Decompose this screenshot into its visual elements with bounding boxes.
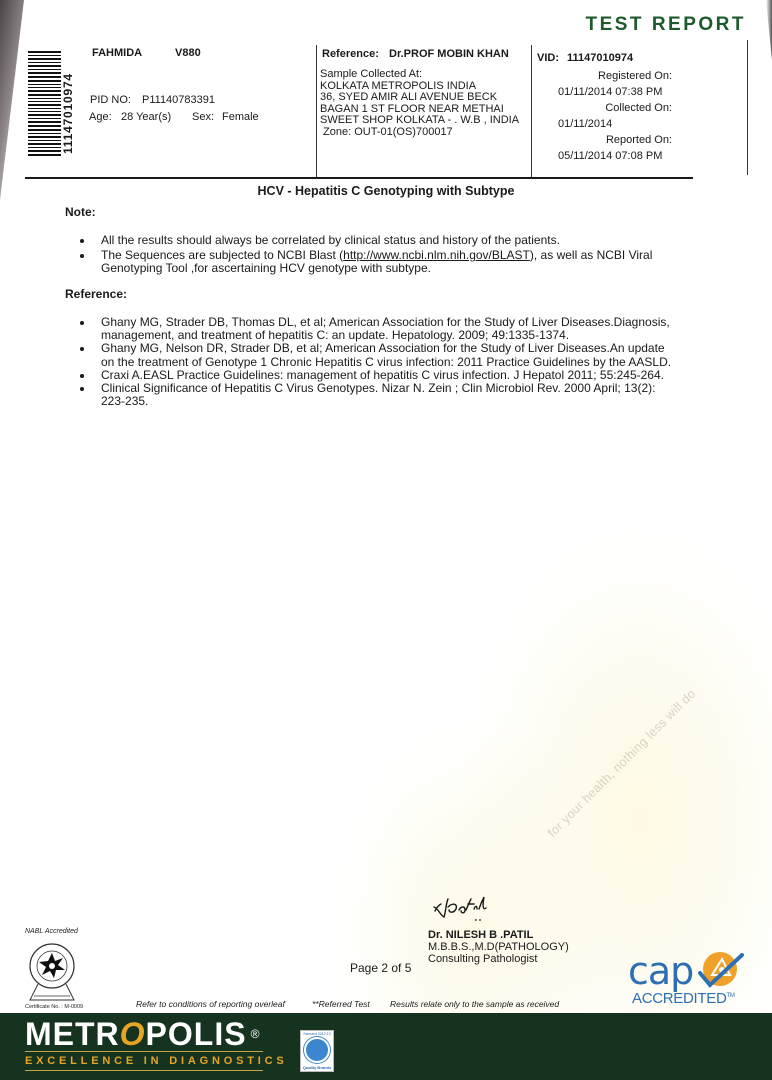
quality-brands-badge: Selected 2012-13 Quality Brands	[300, 1030, 334, 1072]
barcode-bar	[28, 129, 61, 131]
cap-accredited-text: ACCREDITEDTM	[632, 990, 735, 1007]
reference-section-label: Reference:	[65, 287, 127, 301]
barcode-bar	[28, 65, 61, 67]
signatory-qualification: M.B.B.S.,M.D(PATHOLOGY)	[428, 941, 569, 953]
footer-note-conditions: Refer to conditions of reporting overlea…	[136, 999, 285, 1009]
notes-list: All the results should always be correla…	[80, 234, 680, 276]
barcode-bar	[28, 121, 61, 123]
registered-label: Registered On:	[540, 68, 672, 84]
pid-value: P11140783391	[142, 94, 215, 107]
collected-value: 01/11/2014	[540, 116, 672, 132]
address-line: Zone: OUT-01(OS)700017	[320, 127, 519, 139]
barcode-bar	[28, 140, 61, 141]
sample-collection-block: Sample Collected At: KOLKATA METROPOLIS …	[320, 69, 519, 139]
barcode-bar	[28, 118, 61, 119]
signatory-name: Dr. NILESH B .PATIL	[428, 929, 569, 941]
reported-value: 05/11/2014 07:08 PM	[540, 148, 672, 164]
sex-value: Female	[222, 111, 259, 124]
sample-collected-label: Sample Collected At:	[320, 69, 519, 81]
barcode-bar	[28, 62, 61, 63]
signatory-role: Consulting Pathologist	[428, 953, 569, 965]
nabl-label: NABL Accredited	[25, 928, 78, 935]
barcode-number: 11147010974	[61, 73, 75, 154]
metropolis-logo: METROPOLIS®	[25, 1016, 260, 1052]
sex-label: Sex:	[192, 111, 214, 124]
nabl-logo-icon	[24, 940, 80, 1004]
ncbi-blast-link[interactable]: http://www.ncbi.nlm.nih.gov/BLAST	[343, 248, 530, 262]
barcode-bar	[28, 84, 61, 85]
barcode-bar	[28, 87, 61, 88]
references-list: Ghany MG, Strader DB, Thomas DL, et al; …	[80, 316, 680, 408]
vid-label: VID:	[537, 52, 559, 65]
barcode-bar	[28, 58, 61, 60]
patient-name: FAHMIDA	[92, 47, 142, 60]
barcode-bar	[28, 108, 61, 109]
reported-label: Reported On:	[540, 132, 672, 148]
patient-code: V880	[175, 47, 201, 60]
header-bottom-rule	[25, 177, 693, 179]
signature-image	[432, 893, 502, 923]
barcode	[28, 51, 61, 156]
collected-label: Collected On:	[540, 100, 672, 116]
barcode-bar	[28, 69, 61, 70]
barcode-bar	[28, 143, 61, 145]
barcode-bar	[28, 55, 61, 56]
barcode-bar	[28, 101, 61, 102]
pid-label: PID NO:	[90, 94, 131, 107]
report-title: TEST REPORT	[585, 14, 746, 36]
test-heading: HCV - Hepatitis C Genotyping with Subtyp…	[25, 184, 747, 198]
registered-value: 01/11/2014 07:38 PM	[540, 84, 672, 100]
nabl-certificate: Certificate No. : M-0009	[25, 1004, 83, 1010]
reference-item: Ghany MG, Strader DB, Thomas DL, et al; …	[80, 316, 680, 342]
footer-note-results: Results relate only to the sample as rec…	[390, 999, 559, 1009]
signatory-block: Dr. NILESH B .PATIL M.B.B.S.,M.D(PATHOLO…	[428, 929, 569, 965]
barcode-bar	[28, 154, 61, 156]
barcode-bar	[28, 76, 61, 78]
barcode-bar	[28, 125, 61, 127]
vid-value: 11147010974	[567, 52, 633, 65]
header-divider-1	[316, 45, 317, 179]
brand-rule-bottom	[25, 1070, 263, 1071]
reference-label: Reference:	[322, 48, 379, 61]
barcode-bar	[28, 80, 61, 82]
brand-tagline: EXCELLENCE IN DIAGNOSTICS	[25, 1055, 287, 1067]
barcode-bar	[28, 133, 61, 134]
barcode-bar	[28, 150, 61, 152]
cap-accredited-logo: cap ACCREDITEDTM	[628, 951, 748, 1013]
barcode-bar	[28, 72, 61, 74]
reference-doctor: Dr.PROF MOBIN KHAN	[389, 48, 509, 61]
barcode-bar	[28, 94, 61, 96]
age-label: Age:	[89, 111, 112, 124]
cap-wordmark: cap	[628, 951, 693, 991]
note-item: The Sequences are subjected to NCBI Blas…	[80, 249, 680, 275]
barcode-bar	[28, 104, 61, 106]
brand-rule-top	[25, 1051, 263, 1052]
footer-note-referred: **Referred Test	[312, 999, 370, 1009]
age-value: 28 Year(s)	[121, 111, 171, 124]
barcode-bar	[28, 90, 61, 92]
barcode-bar	[28, 147, 61, 148]
barcode-bar	[28, 136, 61, 138]
visit-dates: Registered On: 01/11/2014 07:38 PM Colle…	[540, 68, 672, 164]
quality-q-icon	[304, 1037, 330, 1063]
header-divider-2	[531, 45, 532, 179]
page-number: Page 2 of 5	[350, 961, 411, 975]
note-label: Note:	[65, 205, 96, 219]
note-item: All the results should always be correla…	[80, 234, 680, 247]
barcode-bar	[28, 98, 61, 99]
cap-check-icon	[696, 951, 744, 991]
reference-item: Clinical Significance of Hepatitis C Vir…	[80, 382, 680, 408]
header-divider-right	[747, 40, 748, 175]
reference-item: Ghany MG, Nelson DR, Strader DB, et al; …	[80, 342, 680, 368]
barcode-bar	[28, 114, 61, 116]
barcode-bar	[28, 111, 61, 112]
barcode-bar	[28, 51, 61, 53]
